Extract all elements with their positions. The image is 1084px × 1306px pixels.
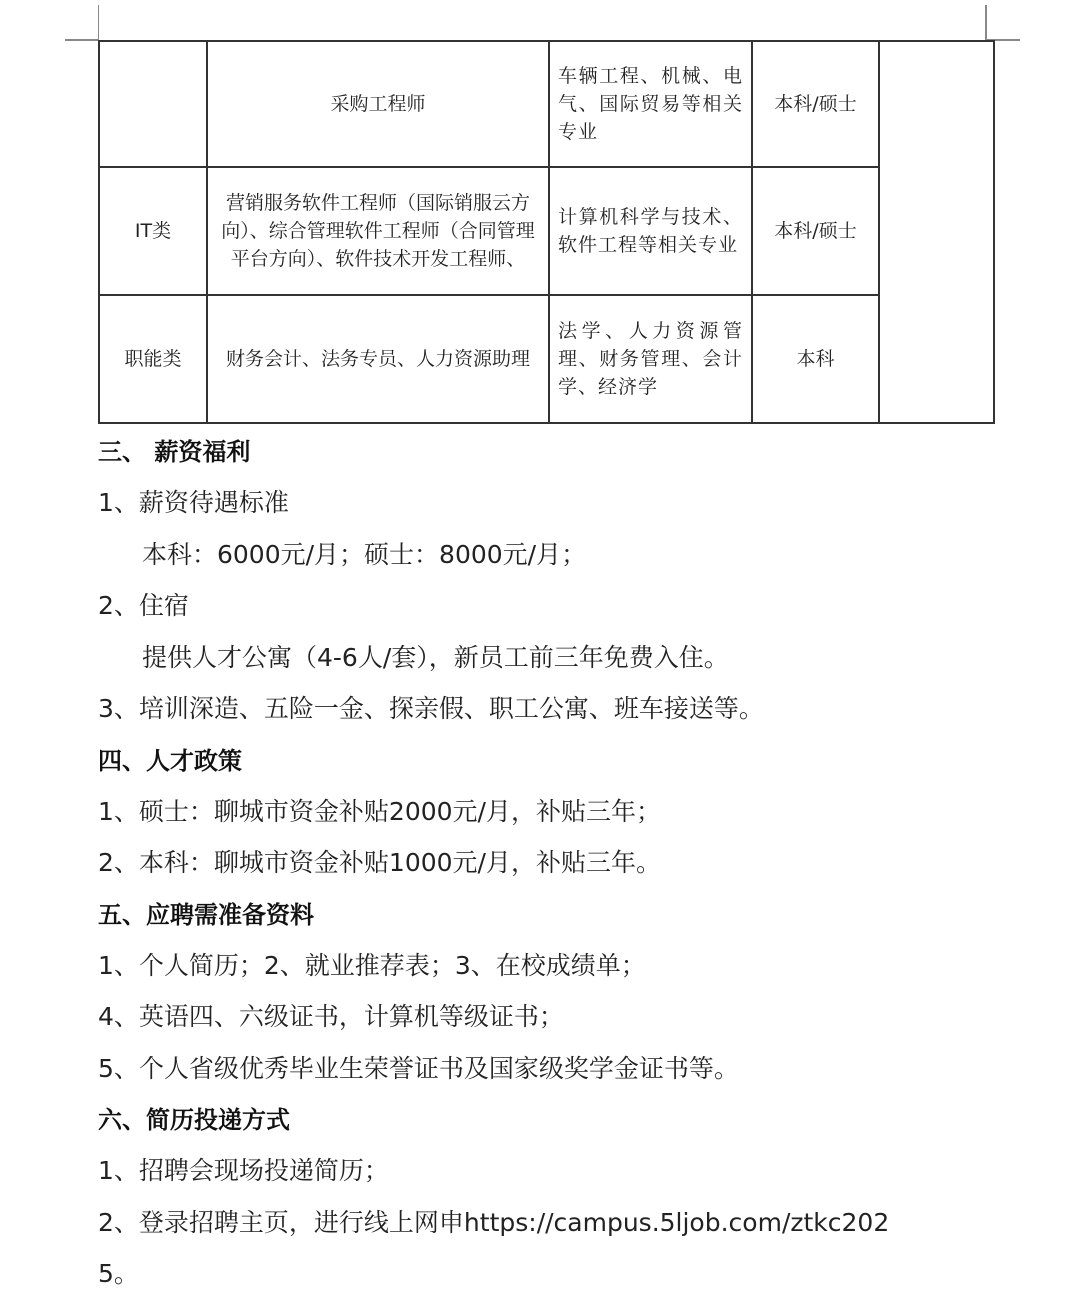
table-row: 采购工程师 车辆工程、机械、电气、国际贸易等相关专业 本科/硕士: [99, 41, 994, 167]
section-heading-salary: 三、 薪资福利: [98, 430, 998, 481]
submission-item-1: 1、招聘会现场投递简历；: [98, 1149, 998, 1201]
materials-item-3: 5、个人省级优秀毕业生荣誉证书及国家级奖学金证书等。: [98, 1047, 998, 1099]
category-cell: IT类: [99, 167, 207, 295]
crop-mark-top-left-v: [98, 5, 100, 40]
crop-mark-top-left-h: [65, 39, 98, 41]
submission-item-2-text: 2、登录招聘主页，进行线上网申: [98, 1208, 464, 1237]
position-cell: 采购工程师: [207, 41, 549, 167]
section-heading-materials: 五、应聘需准备资料: [98, 893, 998, 944]
housing-detail: 提供人才公寓（4-6人/套），新员工前三年免费入住。: [98, 636, 998, 688]
major-cell: 法学、人力资源管理、财务管理、会计学、经济学: [549, 295, 752, 423]
major-cell: 车辆工程、机械、电气、国际贸易等相关专业: [549, 41, 752, 167]
submission-item-2: 2、登录招聘主页，进行线上网申https://campus.5ljob.com/…: [98, 1201, 998, 1253]
submission-item-2-wrap: 5。: [98, 1252, 998, 1304]
crop-mark-top-right-v: [985, 5, 987, 40]
blank-cell: [879, 41, 994, 423]
salary-item-3: 3、培训深造、五险一金、探亲假、职工公寓、班车接送等。: [98, 687, 998, 739]
application-url: https://campus.5ljob.com/ztkc202: [464, 1208, 889, 1237]
major-cell: 计算机科学与技术、软件工程等相关专业: [549, 167, 752, 295]
degree-cell: 本科/硕士: [752, 167, 879, 295]
document-body: 三、 薪资福利 1、薪资待遇标准 本科：6000元/月；硕士：8000元/月； …: [98, 430, 998, 1304]
section-heading-submission: 六、简历投递方式: [98, 1098, 998, 1149]
table-row: 职能类 财务会计、法务专员、人力资源助理 法学、人力资源管理、财务管理、会计学、…: [99, 295, 994, 423]
category-cell: [99, 41, 207, 167]
salary-item-1: 1、薪资待遇标准: [98, 481, 998, 533]
degree-cell: 本科: [752, 295, 879, 423]
policy-item-2: 2、本科：聊城市资金补贴1000元/月，补贴三年。: [98, 841, 998, 893]
positions-table: 采购工程师 车辆工程、机械、电气、国际贸易等相关专业 本科/硕士 IT类 营销服…: [98, 40, 995, 424]
policy-item-1: 1、硕士：聊城市资金补贴2000元/月，补贴三年；: [98, 790, 998, 842]
degree-cell: 本科/硕士: [752, 41, 879, 167]
salary-detail: 本科：6000元/月；硕士：8000元/月；: [98, 533, 998, 585]
materials-item-1: 1、个人简历；2、就业推荐表；3、在校成绩单；: [98, 944, 998, 996]
materials-item-2: 4、英语四、六级证书，计算机等级证书；: [98, 995, 998, 1047]
section-heading-talent-policy: 四、人才政策: [98, 739, 998, 790]
position-cell: 营销服务软件工程师（国际销服云方向）、综合管理软件工程师（合同管理平台方向）、软…: [207, 167, 549, 295]
salary-item-2: 2、住宿: [98, 584, 998, 636]
table-row: IT类 营销服务软件工程师（国际销服云方向）、综合管理软件工程师（合同管理平台方…: [99, 167, 994, 295]
category-cell: 职能类: [99, 295, 207, 423]
position-cell: 财务会计、法务专员、人力资源助理: [207, 295, 549, 423]
